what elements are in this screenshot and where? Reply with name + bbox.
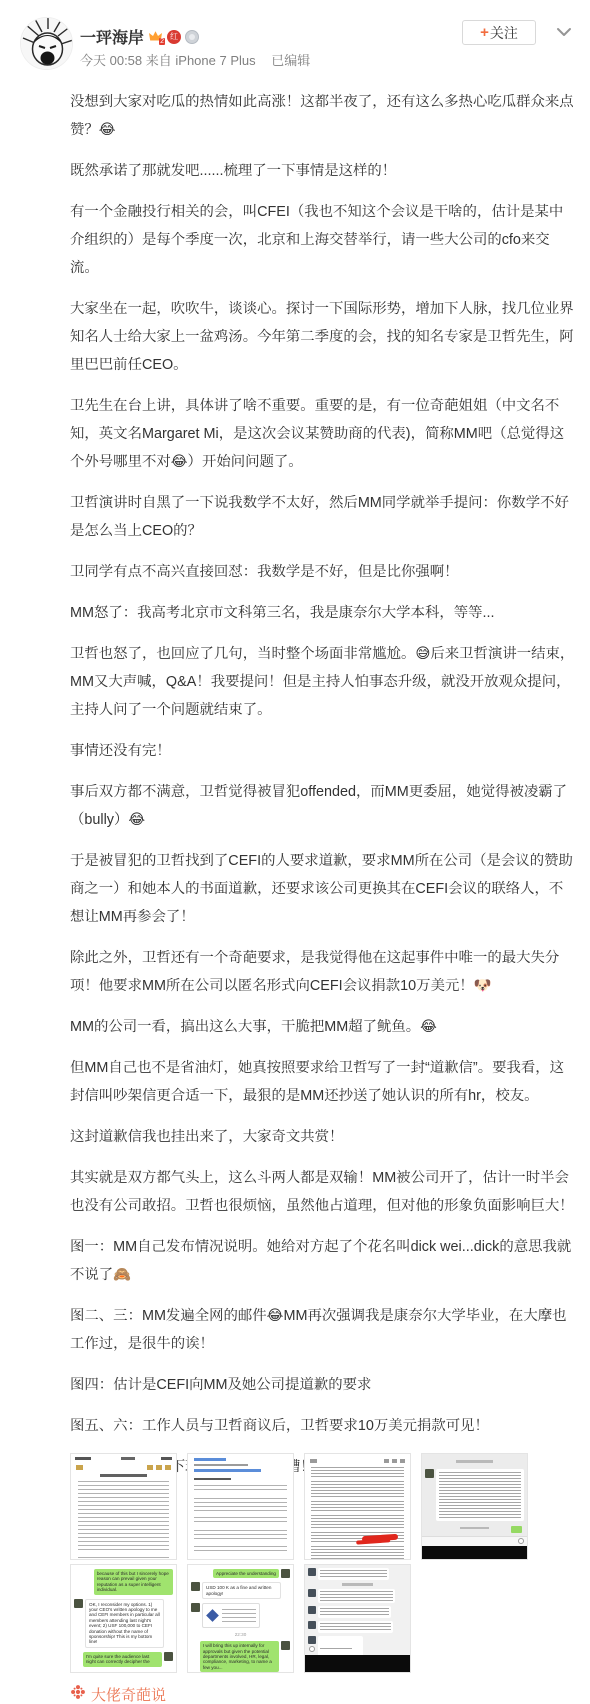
vip-crown-badge[interactable]: 2 (148, 30, 163, 44)
post-time: 今天 00:58 (80, 53, 142, 68)
note-text-lines (78, 1557, 169, 1560)
chat-avatar (308, 1589, 316, 1597)
post-paragraph: 事后双方都不满意，卫哲觉得被冒犯offended，而MM更委屈，她觉得被凌霸了（… (70, 778, 576, 834)
chat-message-row (308, 1589, 407, 1603)
white-chat-bubble: USD 100 K as a fine and written apology! (202, 1582, 281, 1599)
chat-message-row (308, 1621, 407, 1633)
card-text-lines (222, 1609, 256, 1625)
post-paragraph: 图二、三：MM发遍全网的邮件😂MM再次强调我是康奈尔大学毕业，在大摩也工作过，是… (70, 1302, 576, 1358)
green-chat-bubble: I will bring this up internally for appr… (200, 1641, 279, 1672)
attachment-wechat-screenshot-3[interactable] (304, 1564, 411, 1673)
company-logo-icon (206, 1609, 219, 1622)
attachment-grid: because of this but I sincerely hope rea… (70, 1453, 532, 1677)
attachment-row-1 (70, 1453, 532, 1560)
email-text-lines (311, 1467, 404, 1477)
chat-text-lines (439, 1472, 521, 1518)
white-chat-bubble (318, 1606, 391, 1618)
email-link-line (194, 1458, 226, 1461)
green-chat-bubble: I'm quite sure the audience last night c… (83, 1652, 162, 1667)
username[interactable]: 一玶海岸 (80, 25, 144, 48)
email-header-line (194, 1464, 248, 1467)
mail-toolbar (310, 1457, 405, 1464)
white-chat-bubble (318, 1621, 393, 1633)
business-card-attachment (202, 1603, 260, 1628)
attachment-row-2: because of this but I sincerely hope rea… (70, 1564, 532, 1673)
post-paragraph: 但MM自己也不是省油灯，她真按照要求给卫哲写了一封“道歉信”。要我看，这封信叫吵… (70, 1054, 576, 1110)
email-text-lines (194, 1530, 287, 1541)
supertopic-icon (70, 1684, 86, 1704)
green-chat-bubble: Appreciate the understanding (213, 1569, 279, 1578)
chat-bubble (436, 1469, 524, 1521)
chat-timestamp: 22:30 (188, 1632, 293, 1637)
post-paragraph: MM怒了：我高考北京市文科第三名，我是康奈尔大学本科，等等... (70, 599, 576, 627)
notes-toolbar (76, 1463, 171, 1471)
chat-timestamp-line (342, 1583, 374, 1586)
black-bottom-bar (422, 1546, 527, 1559)
trash-icon (156, 1465, 162, 1470)
attachment-notes-screenshot[interactable] (70, 1453, 177, 1560)
post-paragraph: 卫哲演讲时自黑了一下说我数学不太好，然后MM同学就举手提问：你数学不好是怎么当上… (70, 489, 576, 545)
black-bottom-bar (305, 1655, 410, 1672)
post-paragraph: 其实就是双方都气头上，这么斗两人都是双输！MM被公司开了，估计一时半会也没有公司… (70, 1164, 576, 1220)
post-paragraph: 大家坐在一起，吹吹牛，谈谈心。探讨一下国际形势，增加下人脉，找几位业界知名人士给… (70, 295, 576, 379)
bubble-text: because of this but I sincerely hope rea… (97, 1571, 170, 1593)
footer: 大佬奇葩说 (70, 1684, 166, 1704)
post-paragraph: 卫先生在台上讲，具体讲了啥不重要。重要的是，有一位奇葩姐姐（中文名不知，英文名M… (70, 392, 576, 476)
chat-avatar (191, 1582, 200, 1591)
chat-avatar (308, 1606, 316, 1614)
post-paragraph: 图一：MM自己发布情况说明。她给对方起了个花名叫dick wei...dick的… (70, 1233, 576, 1289)
back-icon (76, 1465, 83, 1470)
chat-timestamp-line (456, 1460, 494, 1463)
email-text-lines (194, 1485, 287, 1493)
green-bubble-sliver (511, 1526, 522, 1533)
wechat-avatar (281, 1569, 290, 1578)
post-paragraph: 图四：估计是CEFI向MM及她公司提道歉的要求 (70, 1371, 576, 1399)
medal-badge[interactable] (185, 30, 199, 44)
compose-icon (165, 1465, 171, 1470)
note-text-lines (78, 1481, 169, 1553)
bubble-text: I will bring this up internally for appr… (203, 1643, 276, 1670)
more-icon (400, 1459, 405, 1463)
email-text-lines (311, 1501, 404, 1511)
reply-icon (384, 1459, 389, 1463)
chat-message-row: Appreciate the understanding (191, 1569, 290, 1578)
email-text-lines (311, 1515, 404, 1528)
email-text-lines (194, 1517, 287, 1525)
post-paragraph: 卫同学有点不高兴直接回怼：我数学是不好，但是比你强啊！ (70, 558, 576, 586)
post-paragraph: 没想到大家对吃瓜的热情如此高涨！这都半夜了，还有这么多热心吃瓜群众来点赞？😂 (70, 88, 576, 144)
attachment-wechat-screenshot-2[interactable]: Appreciate the understanding USD 100 K a… (187, 1564, 294, 1673)
attachment-email-screenshot[interactable] (187, 1453, 294, 1560)
follow-label: 关注 (490, 23, 518, 43)
post-paragraph: 卫哲也怒了，也回应了几句，当时整个场面非常尴尬。😅后来卫哲演讲一结束，MM又大声… (70, 640, 576, 724)
chat-message-row: I will bring this up internally for appr… (191, 1641, 290, 1672)
bubble-text: OK, I reconsider my options. 1) your CEO… (89, 1602, 160, 1645)
white-chat-bubble (318, 1589, 395, 1603)
chat-avatar (425, 1469, 434, 1478)
wechat-avatar (281, 1641, 290, 1650)
chat-avatar (308, 1636, 316, 1644)
bubble-text: Appreciate the understanding (216, 1571, 276, 1576)
chat-avatar (308, 1568, 316, 1576)
post-paragraph: 图五、六：工作人员与卫哲商议后，卫哲要求10万美元捐款可见！ (70, 1412, 576, 1440)
email-subject-line (194, 1478, 231, 1481)
status-bar (75, 1457, 172, 1460)
attachment-wechat-screenshot-1[interactable]: because of this but I sincerely hope rea… (70, 1564, 177, 1673)
plus-circle-icon (518, 1538, 524, 1544)
post-text: 没想到大家对吃瓜的热情如此高涨！这都半夜了，还有这么多热心吃瓜群众来点赞？😂既然… (70, 88, 576, 1494)
post-paragraph: MM的公司一看，搞出这么大事，干脆把MM超了鱿鱼。😂 (70, 1013, 576, 1041)
attachment-email-reply-screenshot[interactable] (304, 1453, 411, 1560)
chat-message-row: USD 100 K as a fine and written apology! (191, 1582, 290, 1599)
chat-avatar (191, 1603, 200, 1612)
post-source: 来自 iPhone 7 Plus (146, 53, 256, 68)
chat-text-lines (320, 1623, 391, 1631)
chat-message-row (308, 1568, 407, 1580)
post-paragraph: 事情还没有完！ (70, 737, 576, 765)
post-meta: 今天 00:58 来自 iPhone 7 Plus 已编辑 (80, 50, 310, 69)
vip-level-number: 2 (159, 38, 165, 45)
post-paragraph: 这封道歉信我也挂出来了，大家奇文共赏！ (70, 1123, 576, 1151)
email-link-line (194, 1469, 261, 1472)
post-paragraph: 既然承诺了那就发吧......梳理了一下事情是这样的！ (70, 157, 576, 185)
avatar[interactable] (20, 17, 73, 70)
chat-text-lines (320, 1591, 393, 1601)
edited-label: 已编辑 (271, 53, 310, 68)
chat-avatar (308, 1621, 316, 1629)
post-paragraph: 有一个金融投行相关的会，叫CFEI（我也不知这个会议是干啥的，估计是某中介组织的… (70, 198, 576, 282)
email-text-lines (194, 1546, 287, 1554)
weibo-post-card: 一玶海岸 2 红 今天 00:58 来自 iPhone 7 Plus 已编辑 +… (0, 0, 590, 1704)
supertopic-link[interactable]: 大佬奇葩说 (91, 1684, 166, 1704)
avatar-illustration (21, 18, 73, 70)
plus-circle-icon (309, 1646, 315, 1652)
chat-input-bar (422, 1536, 527, 1546)
share-icon (147, 1465, 153, 1470)
bubble-text: I'm quite sure the audience last night c… (86, 1654, 159, 1665)
wechat-avatar (164, 1652, 173, 1661)
attachment-chat-screenshot[interactable] (421, 1453, 528, 1560)
plus-icon: + (480, 24, 489, 41)
chat-text-lines (320, 1648, 352, 1651)
follow-button[interactable]: + 关注 (462, 20, 536, 45)
chevron-down-icon[interactable] (556, 24, 572, 42)
back-icon (310, 1459, 317, 1463)
chat-text-lines (320, 1570, 387, 1578)
note-title-line (100, 1474, 146, 1477)
red-v-badge[interactable]: 红 (167, 30, 181, 44)
post-paragraph: 除此之外，卫哲还有一个奇葩要求，是我觉得他在这起事件中唯一的最大失分项！他要求M… (70, 944, 576, 1000)
email-text-lines (311, 1546, 404, 1560)
chat-message-row: I'm quite sure the audience last night c… (74, 1652, 173, 1667)
chat-message-row (308, 1606, 407, 1618)
bubble-text: USD 100 K as a fine and written apology! (206, 1585, 277, 1596)
chat-message-row (191, 1603, 290, 1628)
chat-text-lines (320, 1608, 389, 1616)
white-chat-bubble: OK, I reconsider my options. 1) your CEO… (85, 1599, 164, 1648)
white-chat-bubble (318, 1568, 389, 1580)
chat-message-row: OK, I reconsider my options. 1) your CEO… (74, 1599, 173, 1648)
post-paragraph: 于是被冒犯的卫哲找到了CEFI的人要求道歉，要求MM所在公司（是会议的赞助商之一… (70, 847, 576, 931)
green-chat-bubble: because of this but I sincerely hope rea… (94, 1569, 173, 1595)
chat-avatar (74, 1599, 83, 1608)
chat-timestamp-line (460, 1527, 489, 1530)
flag-icon (392, 1459, 397, 1463)
chat-message-row: because of this but I sincerely hope rea… (74, 1569, 173, 1595)
email-text-lines (311, 1481, 404, 1497)
email-text-lines (194, 1498, 287, 1512)
chat-message-row (425, 1469, 524, 1521)
